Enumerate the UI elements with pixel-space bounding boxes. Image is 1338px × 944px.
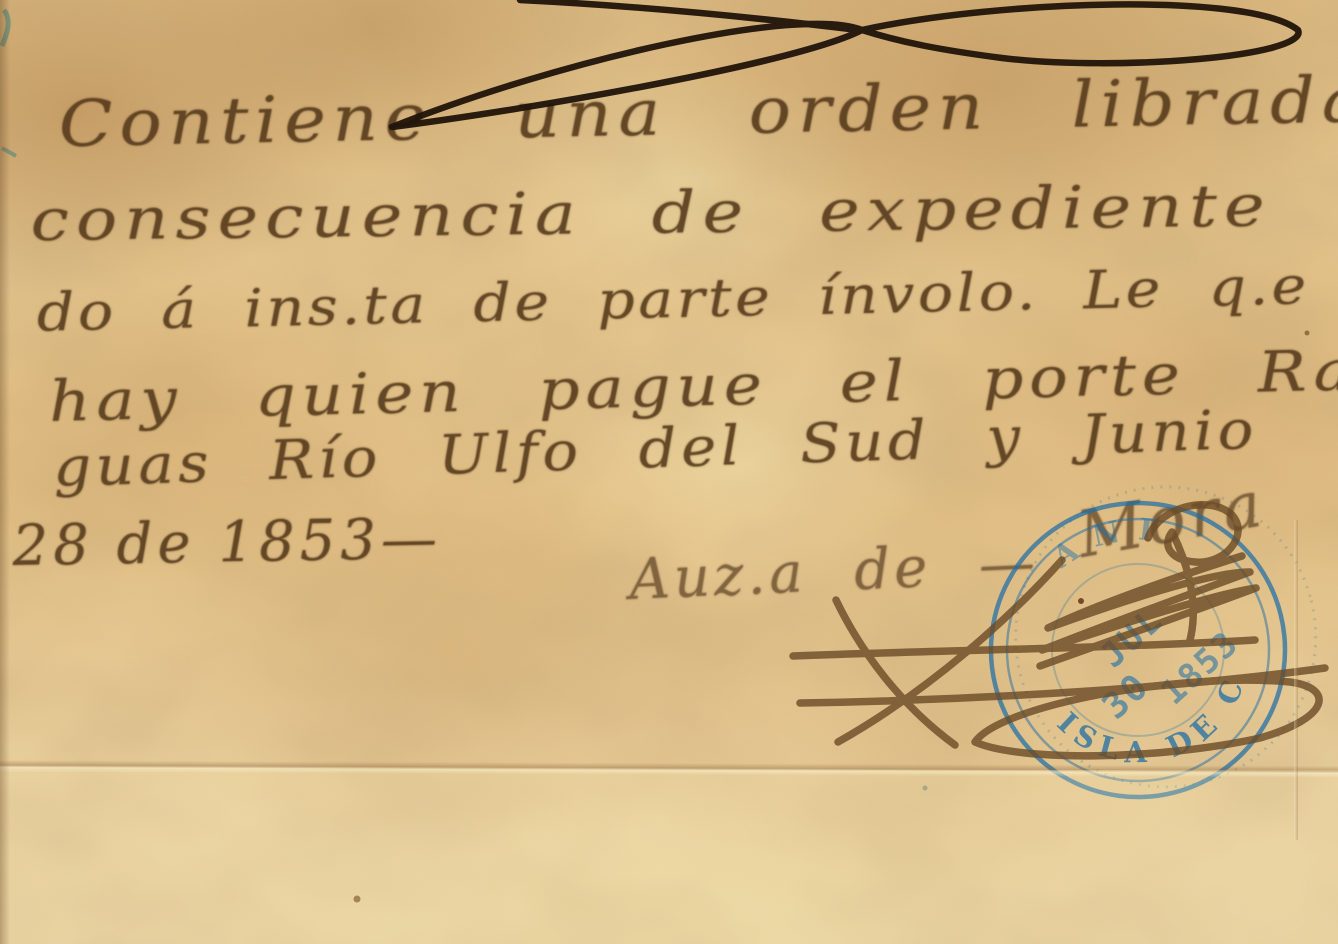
- flourish-tail: [520, 0, 858, 30]
- rubric-line-1: [793, 640, 1255, 656]
- signature-name: Mora: [1072, 467, 1271, 573]
- ink-speck-2: [1078, 598, 1084, 604]
- lighter-bottom-panel: [0, 770, 1338, 944]
- stamp-date-year: 1853: [1153, 623, 1247, 713]
- rubric-oval: [975, 680, 1319, 756]
- ink-speck-4: [1305, 331, 1310, 336]
- flourish-right-loop: [862, 4, 1299, 63]
- handwriting-line-1: Contiene una orden librada á: [58, 61, 1338, 162]
- stamp-date-month: JUL: [1093, 599, 1172, 676]
- handwriting-date-line: 28 de 1853—: [12, 507, 442, 579]
- left-edge-shadow: [0, 0, 10, 944]
- vertical-crease: [1294, 520, 1298, 840]
- stamp-date-day: 30: [1095, 665, 1158, 727]
- handwriting-line-3: do á ins.ta de parte ínvolo. Le q.e no: [36, 254, 1338, 344]
- stamp-center-ring: [1034, 546, 1243, 755]
- signature-closing: Auz.a de —: [628, 530, 1040, 613]
- rubric-descender-2: [836, 600, 955, 745]
- handwriting-line-2: consecuencia de expediente seguí: [30, 168, 1338, 254]
- document-scan: Contiene una orden librada á consecuenci…: [0, 0, 1338, 944]
- rubric-line-2: [800, 668, 1325, 703]
- rubric-zigzag: [1040, 556, 1256, 666]
